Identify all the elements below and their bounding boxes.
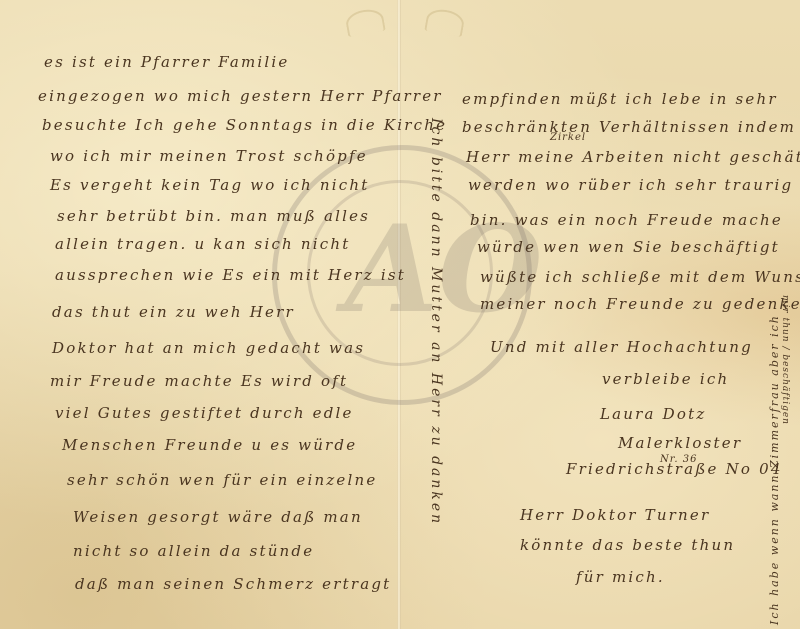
left-line-3: besuchte Ich gehe Sonntags in die Kirche	[42, 118, 447, 133]
left-line-16: nicht so allein da stünde	[73, 544, 314, 559]
right-line-13: Friedrichstraße No 04	[566, 462, 783, 477]
left-line-17: daß man seinen Schmerz ertragt	[75, 577, 391, 592]
right-margin-note-upper: mir thun / beschäftigen	[780, 295, 790, 425]
right-line-12: Malerkloster	[618, 436, 742, 451]
right-line-6: würde wen wen Sie beschäftigt	[477, 240, 780, 255]
right-line-2: beschränkten Verhältnissen indem	[462, 120, 796, 135]
left-line-6: sehr betrübt bin. man muß alles	[57, 209, 370, 224]
right-line-16: für mich.	[576, 570, 665, 585]
right-line-5: bin. was ein noch Freude mache	[470, 213, 783, 228]
left-line-11: mir Freude machte Es wird oft	[50, 374, 348, 389]
right-line-3: Herr meine Arbeiten nicht geschätzt	[466, 150, 800, 165]
left-line-9: das thut ein zu weh Herr	[52, 305, 295, 320]
right-line-15: könnte das beste thun	[520, 538, 735, 553]
left-page: es ist ein Pfarrer Familie eingezogen wo…	[0, 0, 398, 629]
left-line-15: Weisen gesorgt wäre daß man	[73, 510, 363, 525]
left-line-7: allein tragen. u kan sich nicht	[55, 237, 350, 252]
right-line-9: Und mit aller Hochachtung	[490, 340, 753, 355]
signature: Laura Dotz	[600, 407, 706, 422]
left-line-1: es ist ein Pfarrer Familie	[44, 55, 290, 70]
left-line-2: eingezogen wo mich gestern Herr Pfarrer	[38, 89, 443, 104]
left-line-5: Es vergeht kein Tag wo ich nicht	[50, 178, 369, 193]
left-line-12: viel Gutes gestiftet durch edle	[55, 406, 354, 421]
right-line-1: empfinden müßt ich lebe in sehr	[462, 92, 778, 107]
right-line-8: meiner noch Freunde zu gedenken	[480, 297, 800, 312]
right-line-4: werden wo rüber ich sehr traurig	[468, 178, 793, 193]
right-line-10: verbleibe ich	[602, 372, 729, 387]
left-line-14: sehr schön wen für ein einzelne	[67, 473, 377, 488]
right-line-14: Herr Doktor Turner	[520, 508, 710, 523]
left-line-4: wo ich mir meinen Trost schöpfe	[50, 149, 368, 164]
right-line-7: wüßte ich schließe mit dem Wunsche	[480, 270, 800, 285]
right-margin-note-lower: Ich habe wenn wann Zimmerfrau aber ich	[768, 314, 781, 625]
left-line-13: Menschen Freunde u es würde	[62, 438, 357, 453]
left-line-8: aussprechen wie Es ein mit Herz ist	[55, 268, 406, 283]
left-line-10: Doktor hat an mich gedacht was	[52, 341, 365, 356]
right-page: empfinden müßt ich lebe in sehr Zirkel b…	[400, 0, 800, 629]
